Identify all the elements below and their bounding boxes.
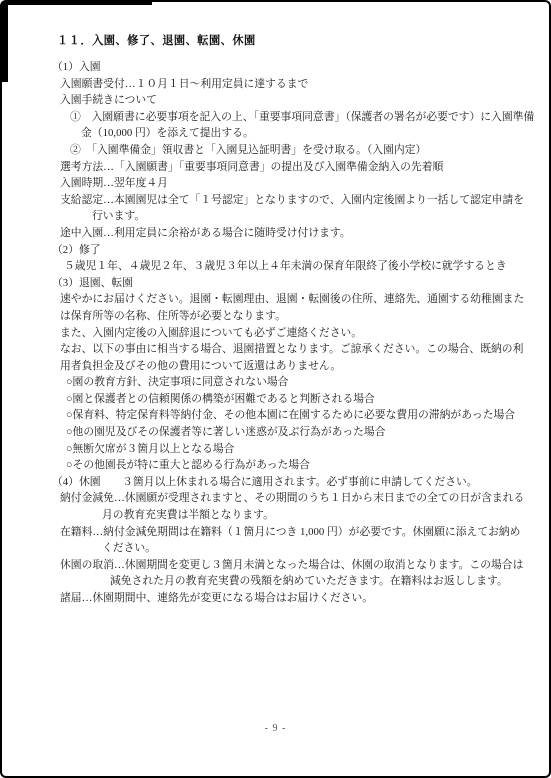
text-line: は保育所等の名称、住所等が必要となります。	[2, 308, 549, 325]
document-title: １１．入園、修了、退園、転園、休園	[2, 2, 549, 50]
text-line: 入園手続きについて	[2, 92, 549, 109]
bullet-item: ○その他園長が特に重大と認める行為があった場合	[2, 457, 549, 474]
text-line: 金（10,000 円）を添えて提出する。	[2, 125, 549, 142]
text-line: 途中入園…利用定員に余裕がある場合に随時受け付けます。	[2, 225, 549, 242]
text-line: 用者負担金及びその他の費用について返還はありません。	[2, 358, 549, 375]
section-heading: （4）休園 ３箇月以上休まれる場合に適用されます。必ず事前に申請してください。	[2, 474, 549, 491]
bullet-item: ○園と保護者との信頼関係の構築が困難であると判断される場合	[2, 391, 549, 408]
section-heading: （1）入園	[2, 59, 549, 76]
text-line: 在籍料…納付金減免期間は在籍料（１箇月につき 1,000 円）が必要です。休園願…	[2, 524, 549, 541]
text-line: 納付金減免…休園願が受理されますと、その期間のうち１日から末日までの全ての日が含…	[2, 490, 549, 507]
scan-artifact-top	[2, 2, 152, 5]
bullet-item: ○他の園児及びその保護者等に著しい迷惑が及ぶ行為があった場合	[2, 424, 549, 441]
page-number: - 9 -	[2, 723, 549, 734]
text-line: 行います。	[2, 208, 549, 225]
text-line: 諸届…休園期間中、連絡先が変更になる場合はお届けください。	[2, 590, 549, 607]
bullet-item: ○無断欠席が３箇月以上となる場合	[2, 441, 549, 458]
document-body: （1）入園 入園願書受付…１０月１日～利用定員に達するまで 入園手続きについて …	[2, 59, 549, 607]
text-line: 減免された月の教育充実費の残額を納めていただきます。在籍料はお返しします。	[2, 573, 549, 590]
text-line: 選考方法…「入園願書」「重要事項同意書」の提出及び入園準備金納入の先着順	[2, 159, 549, 176]
text-line: 月の教育充実費は半額となります。	[2, 507, 549, 524]
text-line: 入園願書受付…１０月１日～利用定員に達するまで	[2, 76, 549, 93]
scan-artifact-left	[2, 2, 8, 82]
text-line: なお、以下の事由に相当する場合、退園措置となります。ご諒承ください。この場合、既…	[2, 341, 549, 358]
numbered-step: ② 「入園準備金」領収書と「入園見込証明書」を受け取る。（入園内定）	[2, 142, 549, 159]
text-line: ５歳児１年、４歳児２年、３歳児３年以上４年未満の保育年限終了後小学校に就学すると…	[2, 258, 549, 275]
numbered-step: ① 入園願書に必要事項を記入の上、「重要事項同意書」（保護者の署名が必要です）に…	[2, 109, 549, 126]
section-heading: （2）修了	[2, 242, 549, 259]
text-line: 入園時期…翌年度４月	[2, 175, 549, 192]
text-line: 支給認定…本園園児は全て「１号認定」となりますので、入園内定後園より一括して認定…	[2, 192, 549, 209]
bullet-item: ○保育料、特定保育料等納付金、その他本園に在園するために必要な費用の滞納があった…	[2, 407, 549, 424]
bullet-item: ○園の教育方針、決定事項に同意されない場合	[2, 374, 549, 391]
section-heading: （3）退園、転園	[2, 275, 549, 292]
text-line: ください。	[2, 540, 549, 557]
document-page: １１．入園、修了、退園、転園、休園 （1）入園 入園願書受付…１０月１日～利用定…	[0, 0, 551, 778]
text-line: また、入園内定後の入園辞退についても必ずご連絡ください。	[2, 325, 549, 342]
text-line: 休園の取消…休園期間を変更し３箇月未満となった場合は、休園の取消となります。この…	[2, 557, 549, 574]
text-line: 速やかにお届けください。退園・転園理由、退園・転園後の住所、連絡先、通園する幼稚…	[2, 291, 549, 308]
